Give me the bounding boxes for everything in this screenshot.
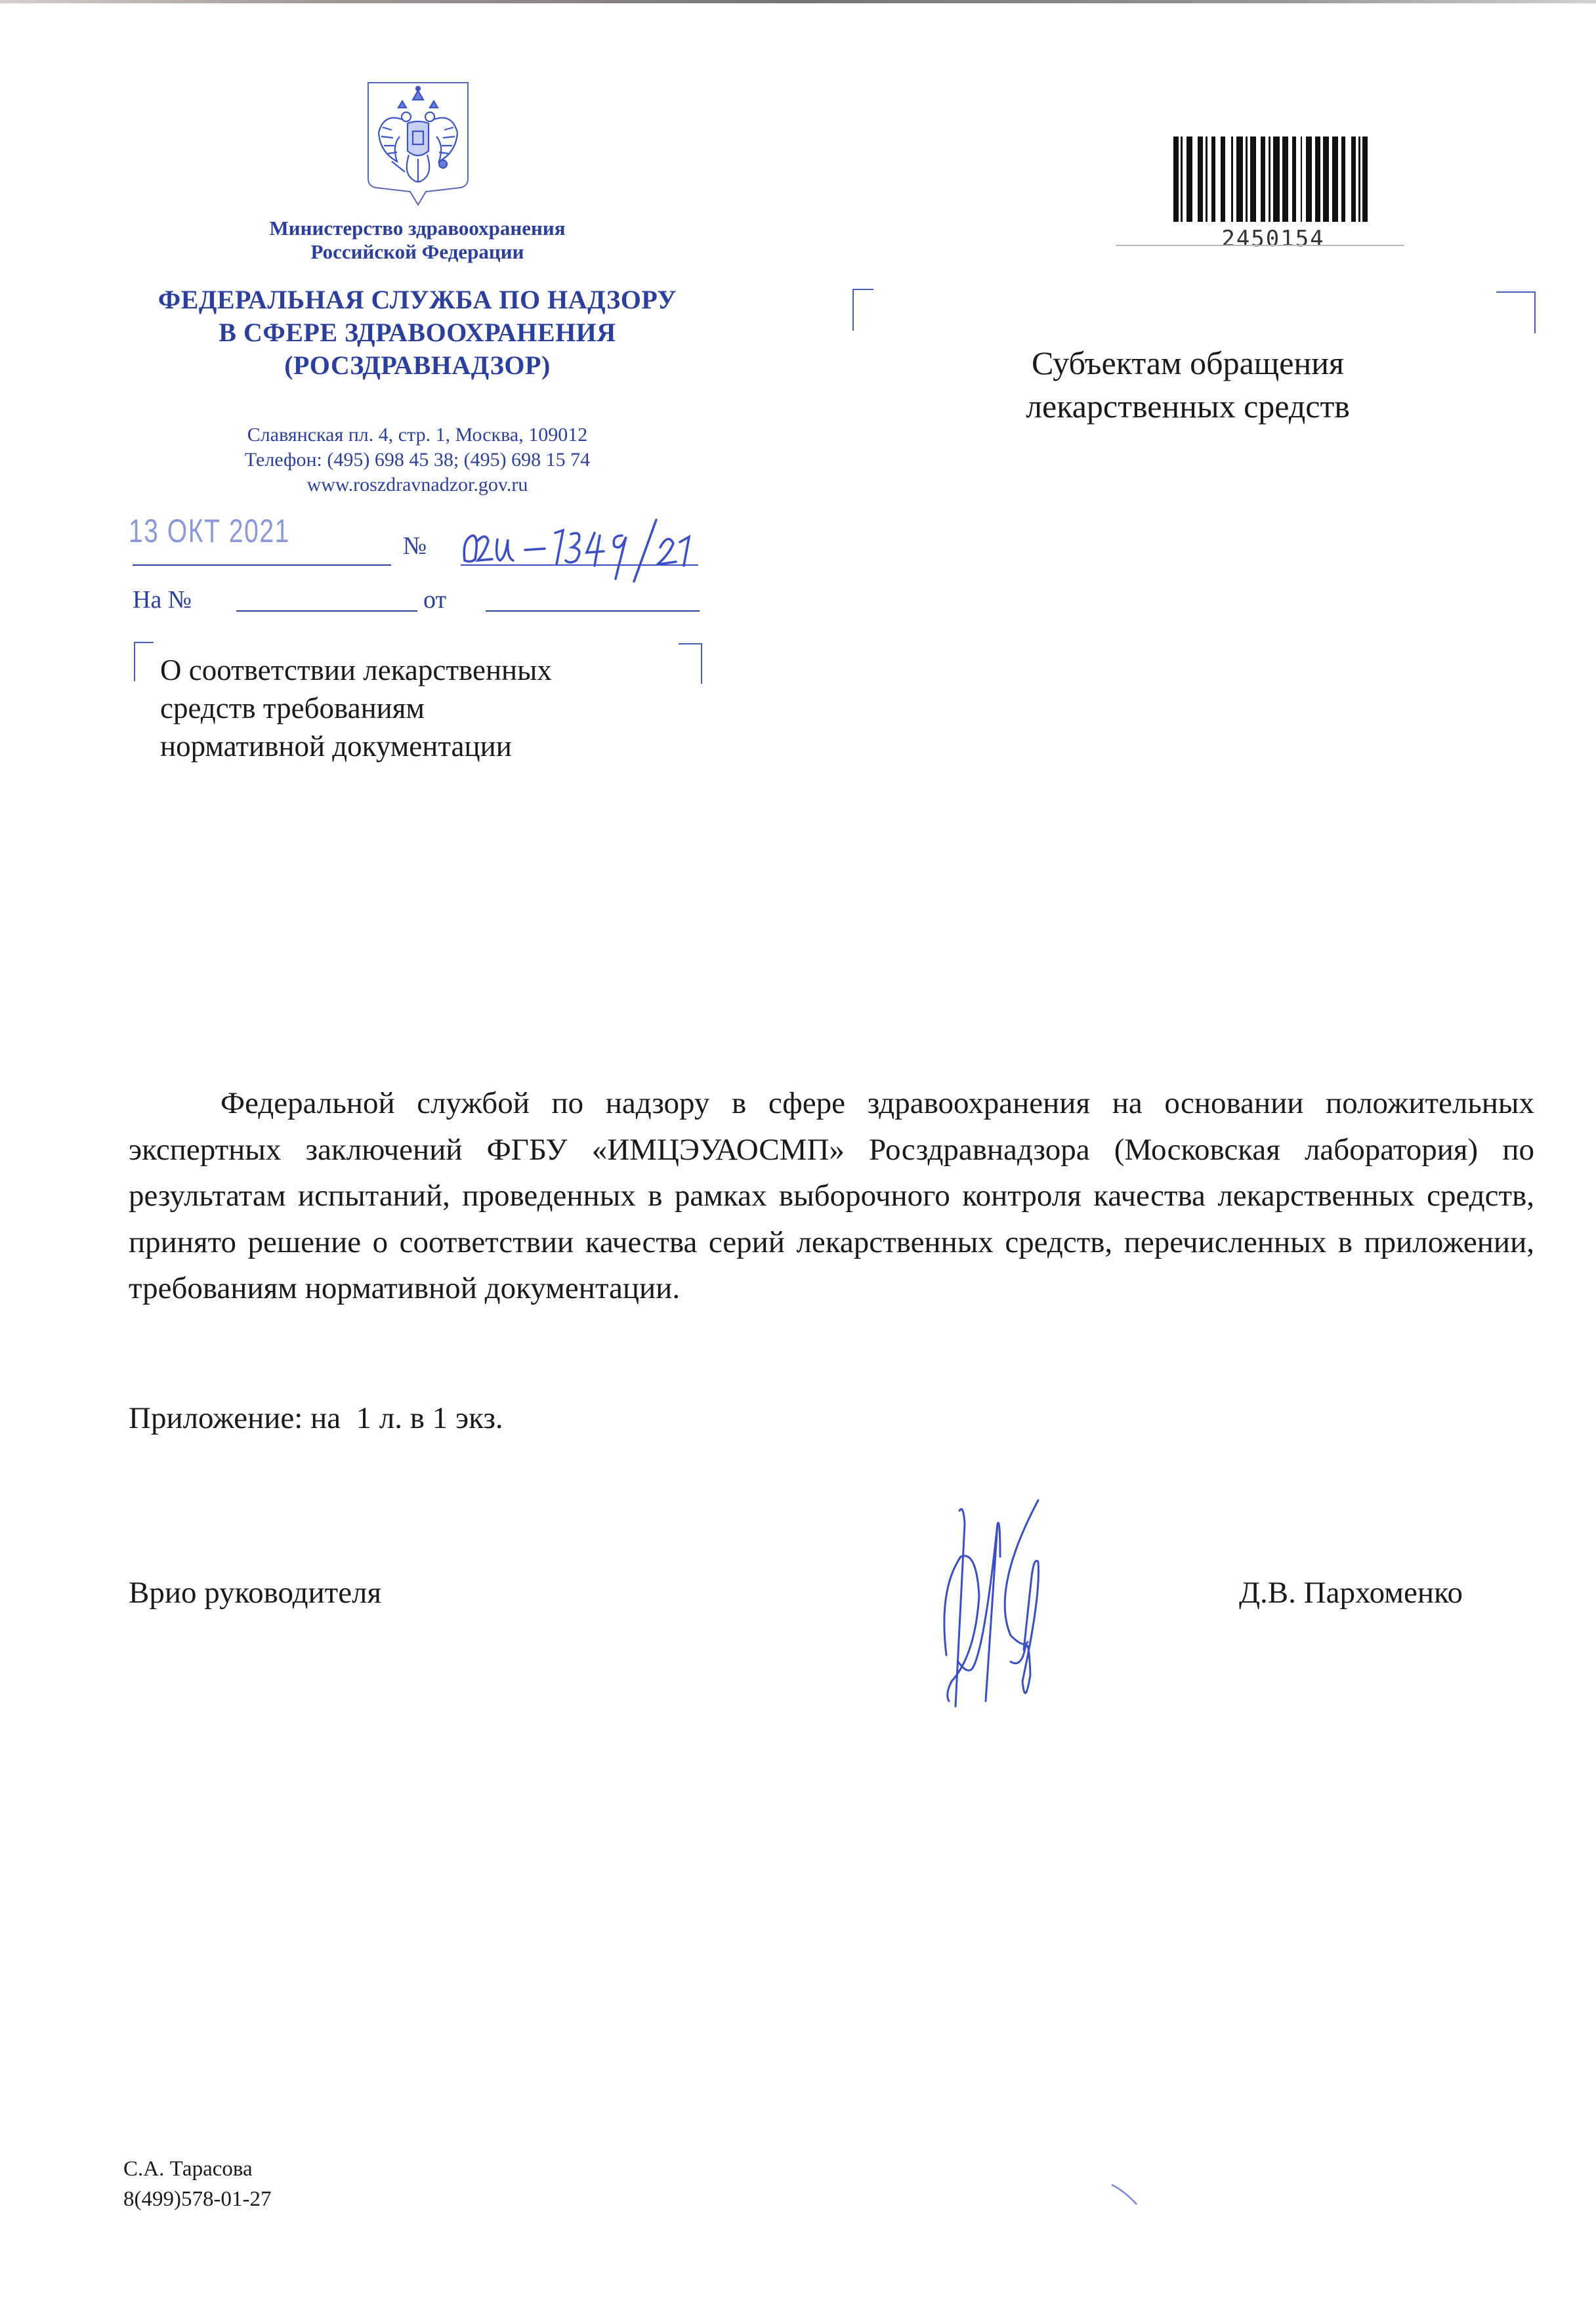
reference-date-label: от	[423, 585, 446, 614]
reference-number-label: На №	[133, 585, 192, 614]
letter-body: Федеральной службой по надзору в сфере з…	[129, 1080, 1534, 1312]
barcode-rule	[1116, 245, 1404, 246]
service-line-2: В СФЕРЕ ЗДРАВООХРАНЕНИЯ	[115, 316, 719, 349]
service-line-3: (РОСЗДРАВНАДЗОР)	[115, 349, 719, 382]
contact-block: Славянская пл. 4, стр. 1, Москва, 109012…	[155, 423, 680, 497]
russian-coat-of-arms-icon	[366, 80, 471, 206]
executor-info: С.А. Тарасова 8(499)578-01-27	[123, 2154, 271, 2214]
registration-number-handwritten	[459, 513, 735, 585]
address: Славянская пл. 4, стр. 1, Москва, 109012	[155, 423, 680, 448]
ministry-name: Министерство здравоохранения Российской …	[155, 217, 680, 264]
barcode	[1173, 137, 1372, 222]
service-name: ФЕДЕРАЛЬНАЯ СЛУЖБА ПО НАДЗОРУ В СФЕРЕ ЗД…	[115, 284, 719, 382]
date-stamp: 13 ОКТ 2021	[129, 512, 290, 550]
phone: Телефон: (495) 698 45 38; (495) 698 15 7…	[155, 448, 680, 473]
recipient-bracket-right	[1496, 291, 1536, 333]
signer-position: Врио руководителя	[129, 1575, 381, 1610]
executor-name: С.А. Тарасова	[123, 2154, 271, 2184]
recipient-bracket-left	[852, 289, 873, 331]
handwritten-signature	[912, 1484, 1142, 1714]
body-paragraph: Федеральной службой по надзору в сфере з…	[129, 1080, 1534, 1312]
number-underline	[461, 564, 698, 566]
subject-line-1: О соответствии лекарственных	[160, 651, 552, 689]
ministry-line-1: Министерство здравоохранения	[155, 217, 680, 240]
website-link[interactable]: www.roszdravnadzor.gov.ru	[155, 473, 680, 497]
attachment-note: Приложение: на 1 л. в 1 экз.	[129, 1400, 503, 1436]
service-line-1: ФЕДЕРАЛЬНАЯ СЛУЖБА ПО НАДЗОРУ	[115, 284, 719, 316]
reference-date-field	[486, 610, 700, 612]
number-sign: №	[403, 532, 427, 560]
subject-bracket-right	[679, 643, 702, 684]
subject-line-3: нормативной документации	[160, 727, 552, 765]
recipient-line-1: Субъектам обращения	[919, 341, 1457, 385]
signer-name: Д.В. Пархоменко	[1239, 1575, 1463, 1610]
scan-edge	[0, 0, 1596, 3]
executor-phone: 8(499)578-01-27	[123, 2184, 271, 2214]
subject-bracket-left	[134, 642, 154, 681]
stray-pen-mark	[1109, 2182, 1142, 2208]
date-underline	[133, 564, 391, 566]
letter-subject: О соответствии лекарственных средств тре…	[160, 651, 552, 765]
subject-line-2: средств требованиям	[160, 689, 552, 727]
recipient: Субъектам обращения лекарственных средст…	[919, 341, 1457, 428]
reference-number-field	[236, 610, 417, 612]
barcode-number: 2450154	[1155, 226, 1391, 252]
recipient-line-2: лекарственных средств	[919, 385, 1457, 428]
ministry-line-2: Российской Федерации	[155, 240, 680, 264]
